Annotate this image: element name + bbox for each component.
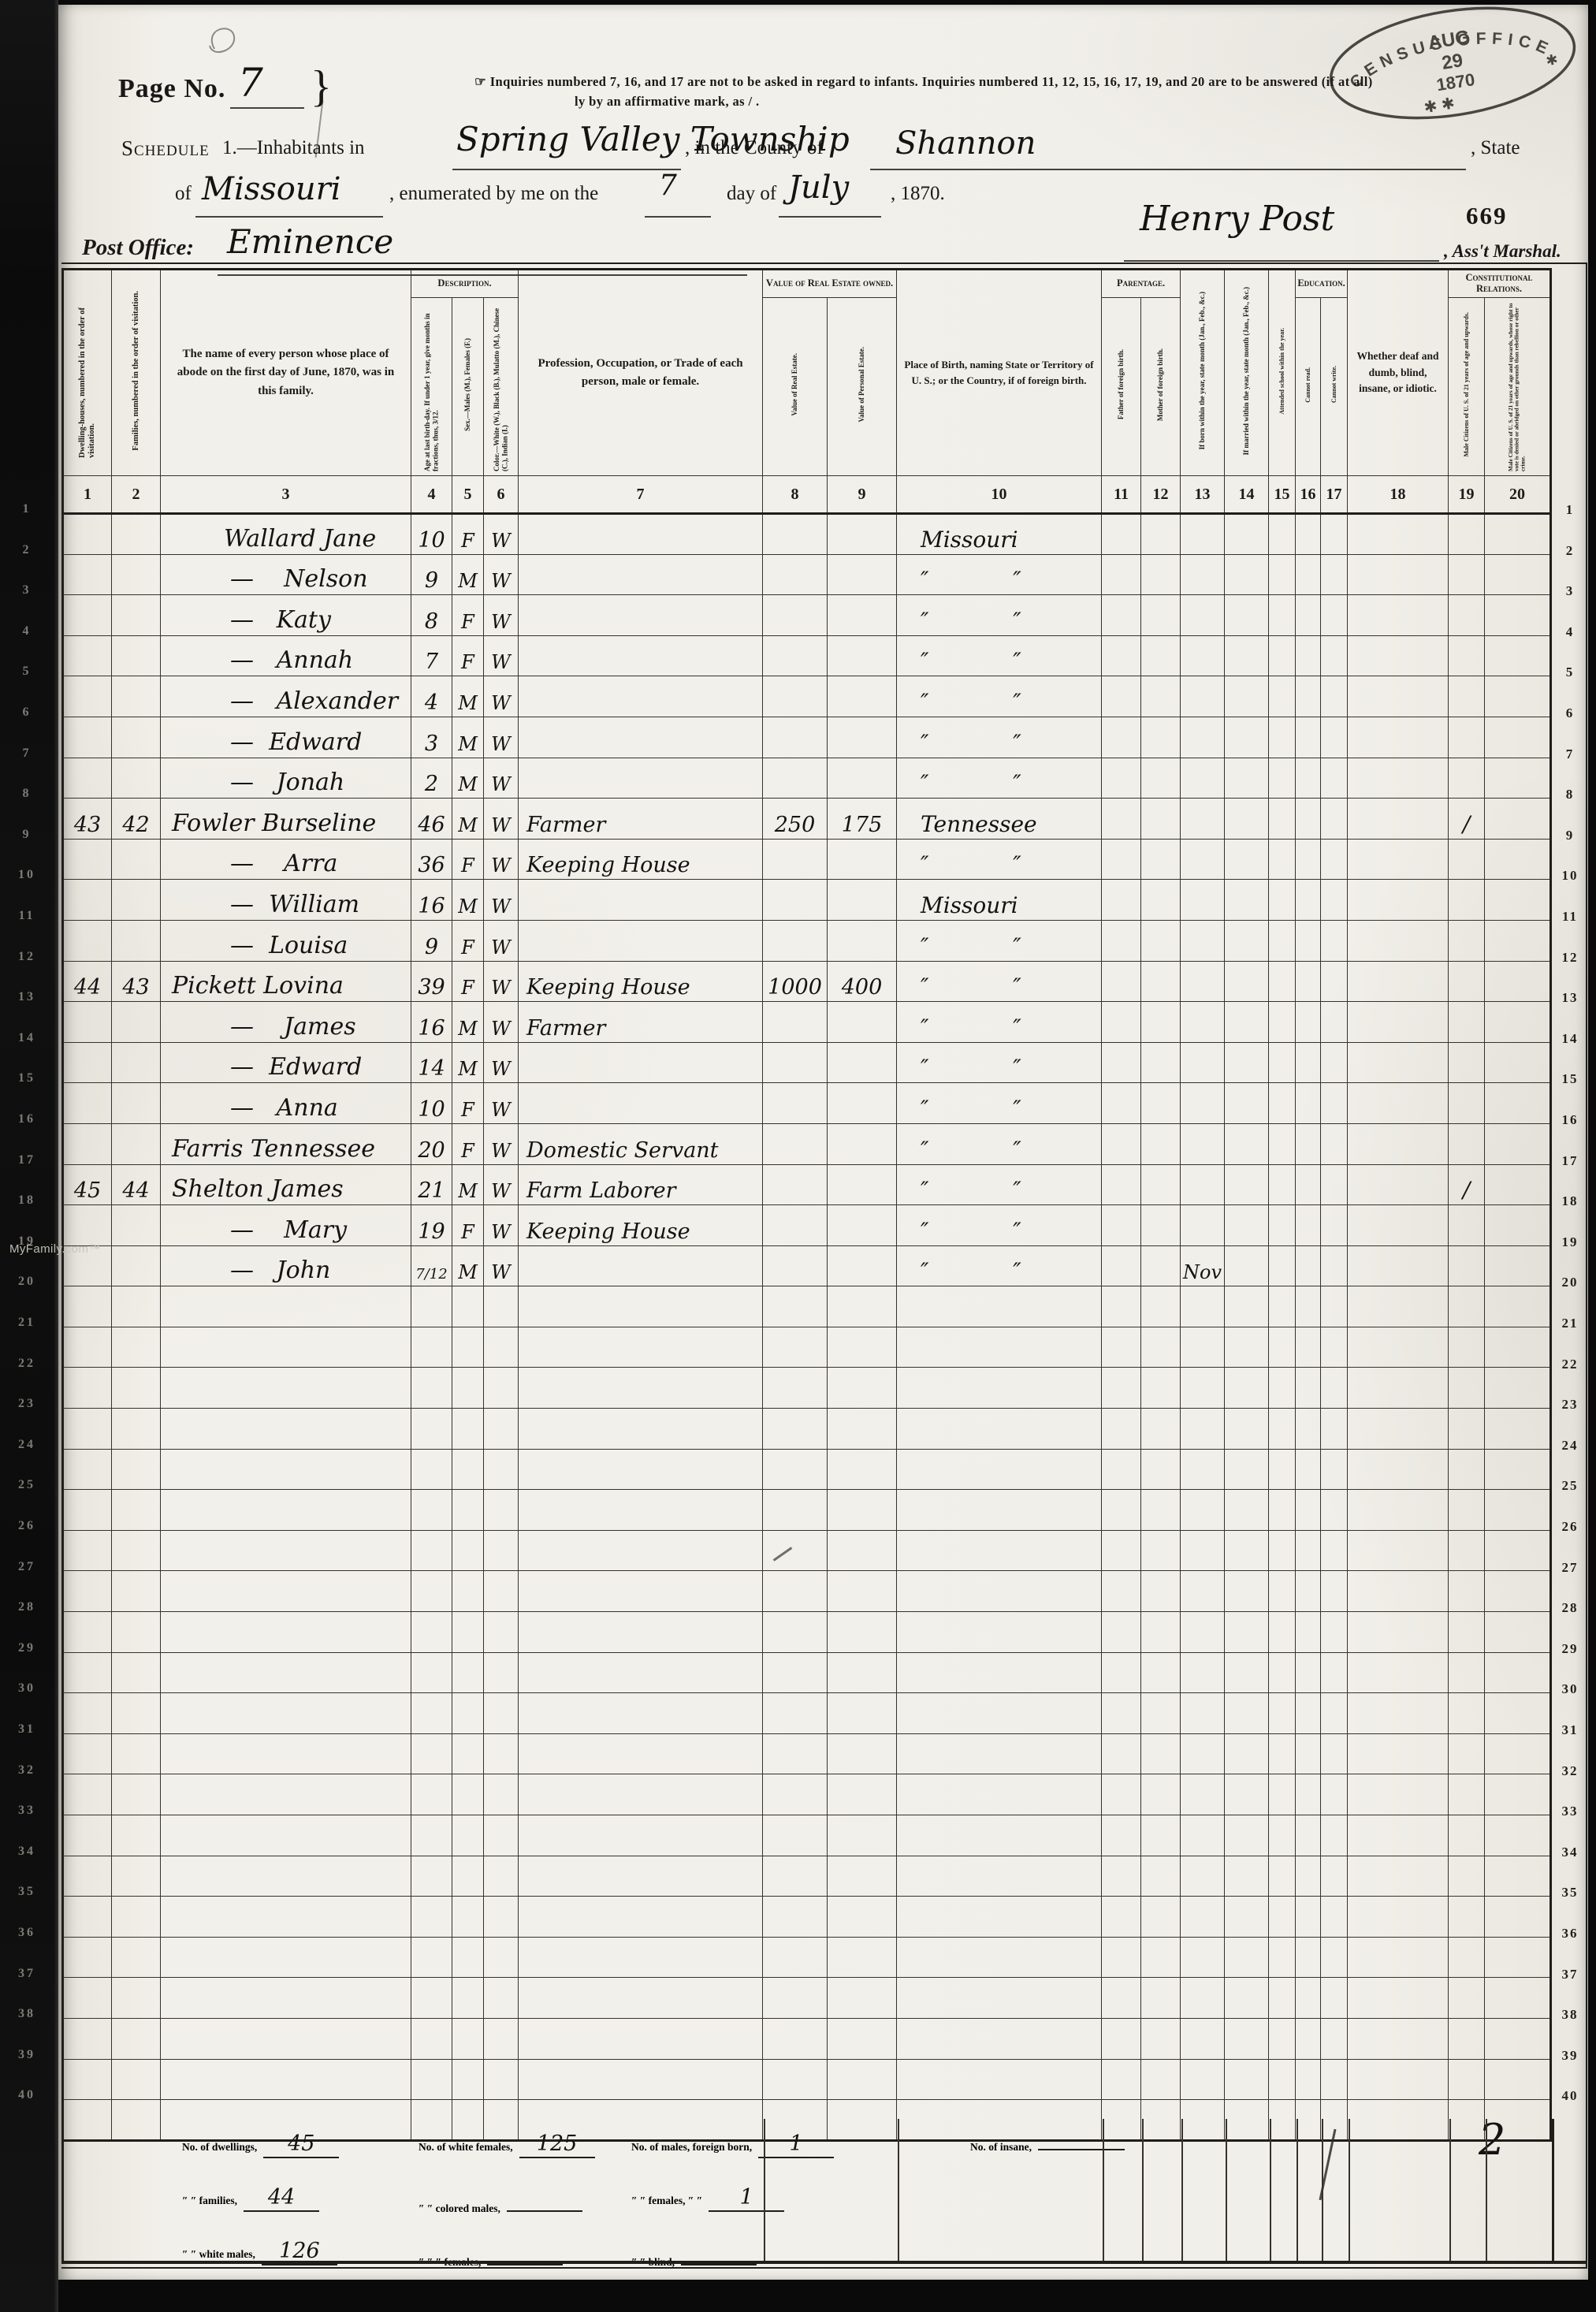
cell-cannot-read — [1296, 1856, 1321, 1897]
cell-age: 19 — [411, 1205, 452, 1246]
cell-occupation — [519, 554, 763, 595]
cell-occupation — [519, 717, 763, 758]
cell-birthplace: ″ ″ — [897, 1205, 1102, 1246]
cell-citizen — [1449, 839, 1485, 880]
table-row — [63, 1897, 1551, 1938]
cell-cannot-write — [1321, 2059, 1348, 2100]
cell-deaf-dumb — [1348, 1897, 1449, 1938]
cell-cannot-read — [1296, 1937, 1321, 1978]
cell-vote-denied — [1485, 595, 1551, 636]
cell-name — [161, 1327, 411, 1368]
cell-dwelling — [63, 1978, 112, 2019]
cell-family: 44 — [112, 1164, 161, 1205]
cell-dwelling — [63, 920, 112, 961]
cell-mother-foreign — [1141, 1409, 1181, 1450]
cell-real-estate — [763, 1205, 828, 1246]
schedule-text: of — [175, 183, 192, 205]
cell-cannot-write — [1321, 1205, 1348, 1246]
cell-citizen — [1449, 1205, 1485, 1246]
cell-mother-foreign — [1141, 1368, 1181, 1409]
cell-personal-estate — [828, 1286, 897, 1327]
cell-citizen — [1449, 1693, 1485, 1734]
col-header-3: The name of every person whose place of … — [161, 270, 411, 476]
marshal-signature: Henry Post — [1140, 202, 1334, 236]
cell-dwelling — [63, 758, 112, 799]
cell-sex — [452, 1978, 484, 2019]
row-number: 22 — [1553, 1357, 1587, 1372]
cell-cannot-write — [1321, 1652, 1348, 1693]
cell-sex — [452, 2018, 484, 2059]
cell-color: W — [484, 1002, 519, 1043]
cell-born-month — [1181, 1571, 1225, 1612]
cell-real-estate — [763, 717, 828, 758]
column-number-15: 15 — [1269, 476, 1296, 514]
cell-cannot-write — [1321, 1449, 1348, 1490]
cell-cannot-read — [1296, 1490, 1321, 1531]
scanned-census-page: 1234567891011121314151617181920212223242… — [0, 0, 1596, 2312]
schedule-text: 1.—Inhabitants in — [222, 137, 365, 159]
cell-real-estate — [763, 1490, 828, 1531]
group-constitutional: Constitutional Relations. — [1449, 270, 1551, 298]
cell-cannot-write — [1321, 1815, 1348, 1856]
cell-cannot-read — [1296, 1733, 1321, 1774]
footer-stat-label: ″ ″ colored males, — [419, 2202, 500, 2215]
cell-personal-estate: 400 — [828, 961, 897, 1002]
cell-married-month — [1225, 1490, 1269, 1531]
cell-vote-denied — [1485, 676, 1551, 717]
cell-married-month — [1225, 1205, 1269, 1246]
row-number-left: 35 — [8, 1885, 46, 1899]
cell-born-month — [1181, 1083, 1225, 1124]
rule-line — [61, 2261, 1586, 2264]
cell-occupation — [519, 1897, 763, 1938]
cell-cannot-read — [1296, 1205, 1321, 1246]
schedule-text: , enumerated by me on the — [389, 183, 598, 205]
cell-age: 7/12 — [411, 1245, 452, 1286]
cell-color: W — [484, 514, 519, 555]
cell-vote-denied — [1485, 1286, 1551, 1327]
cell-deaf-dumb — [1348, 1449, 1449, 1490]
footer-stat-value: 44 — [244, 2187, 319, 2212]
cell-age: 9 — [411, 920, 452, 961]
cell-school — [1269, 1897, 1296, 1938]
cell-school — [1269, 1652, 1296, 1693]
cell-mother-foreign — [1141, 880, 1181, 921]
cell-cannot-read — [1296, 1327, 1321, 1368]
cell-school — [1269, 1042, 1296, 1083]
cell-family — [112, 1327, 161, 1368]
row-number: 35 — [1553, 1885, 1587, 1901]
cell-family — [112, 635, 161, 676]
cell-citizen — [1449, 1612, 1485, 1653]
row-number-left: 18 — [8, 1193, 46, 1208]
cell-birthplace: Missouri — [897, 880, 1102, 921]
cell-name — [161, 1978, 411, 2019]
cell-birthplace: Tennessee — [897, 799, 1102, 840]
cell-occupation — [519, 2059, 763, 2100]
footer-stat: ″ ″ white males,126 — [182, 2231, 419, 2284]
cell-cannot-read — [1296, 1897, 1321, 1938]
cell-cannot-read — [1296, 758, 1321, 799]
cell-school — [1269, 1002, 1296, 1043]
cell-personal-estate — [828, 1327, 897, 1368]
cell-married-month — [1225, 961, 1269, 1002]
row-number: 20 — [1553, 1275, 1587, 1290]
cell-cannot-read — [1296, 2059, 1321, 2100]
column-number-16: 16 — [1296, 476, 1321, 514]
cell-dwelling — [63, 1612, 112, 1653]
cell-born-month — [1181, 1449, 1225, 1490]
table-row: 4544Shelton James21MWFarm Laborer″ ″/ — [63, 1164, 1551, 1205]
cell-real-estate — [763, 1245, 828, 1286]
cell-cannot-write — [1321, 1368, 1348, 1409]
cell-cannot-write — [1321, 1245, 1348, 1286]
row-number: 1 — [1553, 502, 1587, 518]
cell-dwelling — [63, 1042, 112, 1083]
cell-deaf-dumb — [1348, 635, 1449, 676]
cell-deaf-dumb — [1348, 1327, 1449, 1368]
cell-color — [484, 1815, 519, 1856]
cell-married-month — [1225, 1409, 1269, 1450]
cell-occupation — [519, 880, 763, 921]
cell-mother-foreign — [1141, 1774, 1181, 1815]
cell-married-month — [1225, 1123, 1269, 1164]
cell-real-estate — [763, 1002, 828, 1043]
cell-born-month — [1181, 635, 1225, 676]
cell-occupation: Keeping House — [519, 1205, 763, 1246]
cell-personal-estate — [828, 1042, 897, 1083]
cell-cannot-read — [1296, 1245, 1321, 1286]
cell-personal-estate — [828, 554, 897, 595]
cell-cannot-write — [1321, 1978, 1348, 2019]
cell-sex — [452, 1490, 484, 1531]
column-number-11: 11 — [1102, 476, 1141, 514]
cell-family — [112, 1286, 161, 1327]
cell-father-foreign — [1102, 1571, 1141, 1612]
cell-real-estate — [763, 1449, 828, 1490]
table-row — [63, 1490, 1551, 1531]
cell-deaf-dumb — [1348, 1733, 1449, 1774]
row-number: 6 — [1553, 706, 1587, 721]
cell-born-month — [1181, 2059, 1225, 2100]
cell-born-month — [1181, 1286, 1225, 1327]
cell-vote-denied — [1485, 514, 1551, 555]
cell-father-foreign — [1102, 1978, 1141, 2019]
table-row: — Alexander4MW″ ″ — [63, 676, 1551, 717]
column-number-19: 19 — [1449, 476, 1485, 514]
cell-age — [411, 1409, 452, 1450]
cell-occupation — [519, 1530, 763, 1571]
cell-real-estate — [763, 635, 828, 676]
cell-vote-denied — [1485, 1002, 1551, 1043]
cell-name: — John — [161, 1245, 411, 1286]
cell-school — [1269, 1612, 1296, 1653]
county-value: Shannon — [895, 128, 1036, 159]
cell-birthplace: ″ ″ — [897, 595, 1102, 636]
cell-mother-foreign — [1141, 1205, 1181, 1246]
col-header-20: Male Citizens of U. S. of 21 years of ag… — [1485, 298, 1551, 476]
cell-cannot-read — [1296, 554, 1321, 595]
cell-married-month — [1225, 1083, 1269, 1124]
table-row — [63, 1815, 1551, 1856]
row-number: 30 — [1553, 1681, 1587, 1697]
rule-line — [764, 2119, 765, 2261]
cell-personal-estate — [828, 676, 897, 717]
totals-box: No. of dwellings,45No. of white females,… — [61, 2119, 1554, 2261]
rule-line — [1449, 2119, 1451, 2261]
cell-vote-denied — [1485, 2059, 1551, 2100]
cell-cannot-read — [1296, 1815, 1321, 1856]
table-row: — Arra36FWKeeping House″ ″ — [63, 839, 1551, 880]
schedule-text: day of — [727, 183, 776, 205]
table-row: — William16MWMissouri — [63, 880, 1551, 921]
cell-citizen — [1449, 2059, 1485, 2100]
cell-vote-denied — [1485, 1897, 1551, 1938]
footer-stat: No. of dwellings,45 — [182, 2124, 419, 2177]
cell-citizen — [1449, 1123, 1485, 1164]
cell-color — [484, 2018, 519, 2059]
cell-mother-foreign — [1141, 1083, 1181, 1124]
cell-dwelling — [63, 595, 112, 636]
cell-born-month — [1181, 799, 1225, 840]
cell-color — [484, 1978, 519, 2019]
column-number-12: 12 — [1141, 476, 1181, 514]
cell-age — [411, 1449, 452, 1490]
cell-real-estate — [763, 1774, 828, 1815]
cell-vote-denied — [1485, 1530, 1551, 1571]
row-number-left: 38 — [8, 2007, 46, 2021]
cell-married-month — [1225, 758, 1269, 799]
cell-color — [484, 1571, 519, 1612]
row-number: 27 — [1553, 1560, 1587, 1576]
cell-cannot-read — [1296, 1530, 1321, 1571]
cell-family — [112, 554, 161, 595]
cell-occupation: Domestic Servant — [519, 1123, 763, 1164]
cell-father-foreign — [1102, 1856, 1141, 1897]
cell-real-estate — [763, 1733, 828, 1774]
cell-family — [112, 839, 161, 880]
cell-citizen — [1449, 1733, 1485, 1774]
rule-line — [1349, 2119, 1350, 2261]
cell-color — [484, 1490, 519, 1531]
cell-married-month — [1225, 635, 1269, 676]
cell-age — [411, 2059, 452, 2100]
cell-born-month — [1181, 1490, 1225, 1531]
cell-color: W — [484, 920, 519, 961]
cell-color — [484, 1774, 519, 1815]
cell-occupation — [519, 1083, 763, 1124]
rule-line — [61, 2267, 1586, 2269]
group-description: Description. — [411, 270, 519, 298]
cell-mother-foreign — [1141, 1164, 1181, 1205]
cell-name: Pickett Lovina — [161, 961, 411, 1002]
cell-dwelling — [63, 635, 112, 676]
cell-married-month — [1225, 839, 1269, 880]
cell-cannot-read — [1296, 635, 1321, 676]
cell-name: — William — [161, 880, 411, 921]
table-row — [63, 1612, 1551, 1653]
cell-school — [1269, 758, 1296, 799]
cell-cannot-write — [1321, 635, 1348, 676]
cell-school — [1269, 1815, 1296, 1856]
column-number-3: 3 — [161, 476, 411, 514]
day-value: 7 — [659, 172, 677, 200]
cell-cannot-write — [1321, 1042, 1348, 1083]
cell-married-month — [1225, 880, 1269, 921]
cell-age — [411, 1815, 452, 1856]
cell-mother-foreign — [1141, 595, 1181, 636]
cell-color: W — [484, 717, 519, 758]
page-no-label: Page No. — [118, 74, 225, 104]
cell-birthplace: Missouri — [897, 514, 1102, 555]
cell-school — [1269, 1571, 1296, 1612]
cell-cannot-read — [1296, 1978, 1321, 2019]
cell-family — [112, 1978, 161, 2019]
cell-personal-estate — [828, 1978, 897, 2019]
cell-married-month — [1225, 1530, 1269, 1571]
table-row — [63, 1937, 1551, 1978]
cell-married-month — [1225, 799, 1269, 840]
cell-name: — Edward — [161, 717, 411, 758]
cell-dwelling — [63, 1897, 112, 1938]
cell-age: 3 — [411, 717, 452, 758]
cell-married-month — [1225, 1449, 1269, 1490]
cell-born-month — [1181, 1693, 1225, 1734]
cell-personal-estate — [828, 1449, 897, 1490]
cell-school — [1269, 514, 1296, 555]
cell-occupation: Farm Laborer — [519, 1164, 763, 1205]
cell-color: W — [484, 1083, 519, 1124]
table-row: — John7/12MW″ ″Nov — [63, 1245, 1551, 1286]
cell-name — [161, 1612, 411, 1653]
cell-real-estate — [763, 1612, 828, 1653]
cell-sex: F — [452, 1205, 484, 1246]
cell-born-month — [1181, 758, 1225, 799]
cell-sex: M — [452, 1245, 484, 1286]
cell-father-foreign — [1102, 1042, 1141, 1083]
col-header-14: If married within the year, state month … — [1225, 270, 1269, 476]
cell-vote-denied — [1485, 1449, 1551, 1490]
cell-cannot-read — [1296, 1083, 1321, 1124]
schedule-label: Schedule — [121, 136, 210, 161]
cell-born-month — [1181, 1530, 1225, 1571]
cell-color: W — [484, 554, 519, 595]
cell-deaf-dumb — [1348, 1652, 1449, 1693]
cell-citizen — [1449, 1409, 1485, 1450]
cell-born-month — [1181, 1164, 1225, 1205]
column-number-7: 7 — [519, 476, 763, 514]
row-number: 32 — [1553, 1763, 1587, 1779]
row-number-left: 21 — [8, 1316, 46, 1330]
row-number: 38 — [1553, 2007, 1587, 2023]
cell-family — [112, 1002, 161, 1043]
cell-deaf-dumb — [1348, 961, 1449, 1002]
cell-family — [112, 1083, 161, 1124]
group-real-estate: Value of Real Estate owned. — [763, 270, 897, 298]
cell-sex — [452, 2059, 484, 2100]
cell-personal-estate: 175 — [828, 799, 897, 840]
cell-sex — [452, 1937, 484, 1978]
cell-deaf-dumb — [1348, 1042, 1449, 1083]
cell-color — [484, 1327, 519, 1368]
row-number: 34 — [1553, 1845, 1587, 1860]
cell-cannot-write — [1321, 676, 1348, 717]
cell-vote-denied — [1485, 1693, 1551, 1734]
row-number-left: 5 — [8, 665, 46, 679]
cell-mother-foreign — [1141, 1693, 1181, 1734]
cell-family: 42 — [112, 799, 161, 840]
cell-real-estate — [763, 1652, 828, 1693]
cell-mother-foreign — [1141, 2059, 1181, 2100]
column-number-8: 8 — [763, 476, 828, 514]
cell-vote-denied — [1485, 1612, 1551, 1653]
cell-personal-estate — [828, 1652, 897, 1693]
rule-line — [1181, 2119, 1183, 2261]
cell-family — [112, 1205, 161, 1246]
cell-vote-denied — [1485, 1083, 1551, 1124]
cell-family — [112, 1612, 161, 1653]
cell-dwelling — [63, 1409, 112, 1450]
cell-cannot-write — [1321, 1897, 1348, 1938]
census-sheet: Page No. 7 } ☞ Inquiries numbered 7, 16,… — [58, 5, 1588, 2280]
column-number-2: 2 — [112, 476, 161, 514]
cell-personal-estate — [828, 1368, 897, 1409]
cell-school — [1269, 1490, 1296, 1531]
cell-occupation — [519, 1612, 763, 1653]
cell-citizen — [1449, 1978, 1485, 2019]
cell-birthplace — [897, 1693, 1102, 1734]
cell-mother-foreign — [1141, 1123, 1181, 1164]
cell-cannot-write — [1321, 799, 1348, 840]
table-row — [63, 1449, 1551, 1490]
footer-stat: No. of males, foreign born,1 — [631, 2124, 899, 2177]
cell-occupation — [519, 1652, 763, 1693]
cell-sex — [452, 1571, 484, 1612]
cell-occupation — [519, 1490, 763, 1531]
cell-born-month — [1181, 717, 1225, 758]
cell-citizen — [1449, 1449, 1485, 1490]
blank-underline — [195, 216, 383, 218]
cell-married-month — [1225, 1856, 1269, 1897]
cell-father-foreign — [1102, 554, 1141, 595]
cell-color: W — [484, 839, 519, 880]
column-number-13: 13 — [1181, 476, 1225, 514]
column-number-9: 9 — [828, 476, 897, 514]
cell-mother-foreign — [1141, 1571, 1181, 1612]
row-number-left: 15 — [8, 1071, 46, 1085]
cell-birthplace: ″ ″ — [897, 961, 1102, 1002]
cell-sex — [452, 1856, 484, 1897]
cell-color — [484, 1449, 519, 1490]
cell-citizen — [1449, 1652, 1485, 1693]
col-header-12: Mother of foreign birth. — [1141, 298, 1181, 476]
cell-cannot-read — [1296, 1164, 1321, 1205]
cell-real-estate — [763, 1286, 828, 1327]
cell-citizen — [1449, 1327, 1485, 1368]
cell-cannot-write — [1321, 880, 1348, 921]
row-number: 25 — [1553, 1478, 1587, 1494]
cell-dwelling: 44 — [63, 961, 112, 1002]
cell-citizen — [1449, 1937, 1485, 1978]
cell-birthplace — [897, 1937, 1102, 1978]
row-number: 29 — [1553, 1641, 1587, 1657]
cell-occupation — [519, 514, 763, 555]
cell-father-foreign — [1102, 1612, 1141, 1653]
cell-born-month — [1181, 839, 1225, 880]
cell-color — [484, 2059, 519, 2100]
cell-deaf-dumb — [1348, 1083, 1449, 1124]
cell-citizen — [1449, 1083, 1485, 1124]
